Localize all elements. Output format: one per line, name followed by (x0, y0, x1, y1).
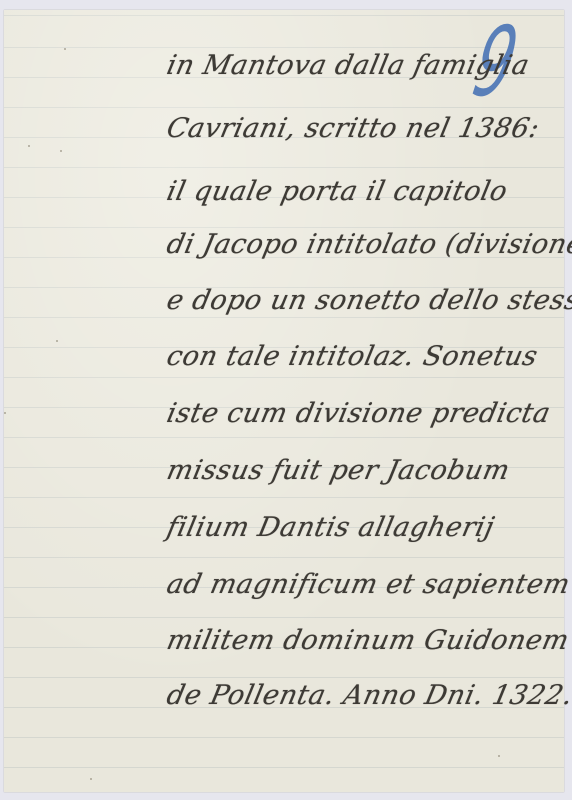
paper-speck (60, 150, 62, 152)
paper-speck (498, 755, 500, 757)
manuscript-line-1: in Mantova dalla famiglia (164, 50, 532, 81)
manuscript-line-9: filium Dantis allagherij (164, 512, 497, 543)
manuscript-line-8: missus fuit per Jacobum (164, 455, 513, 486)
paper-speck (4, 412, 6, 414)
manuscript-page: ​ 9 in Mantova dalla famiglia Cavriani, … (4, 10, 564, 792)
paper-speck (64, 48, 66, 50)
manuscript-line-11: militem dominum Guidonem (164, 625, 572, 656)
paper-speck (56, 340, 58, 342)
paper-speck (28, 145, 30, 147)
manuscript-line-12: de Pollenta. Anno Dni. 1322. (164, 680, 572, 711)
manuscript-line-3: il quale porta il capitolo (164, 176, 510, 207)
paper-speck (90, 778, 92, 780)
manuscript-line-10: ad magnificum et sapientem (164, 569, 572, 600)
manuscript-line-6: con tale intitolaz. Sonetus (164, 341, 541, 372)
manuscript-line-4: di Jacopo intitolato (divisione) (164, 229, 572, 260)
manuscript-line-7: iste cum divisione predicta (164, 398, 553, 429)
manuscript-line-5: e dopo un sonetto dello stesso, (164, 285, 572, 316)
manuscript-line-2: Cavriani, scritto nel 1386: (164, 113, 542, 144)
